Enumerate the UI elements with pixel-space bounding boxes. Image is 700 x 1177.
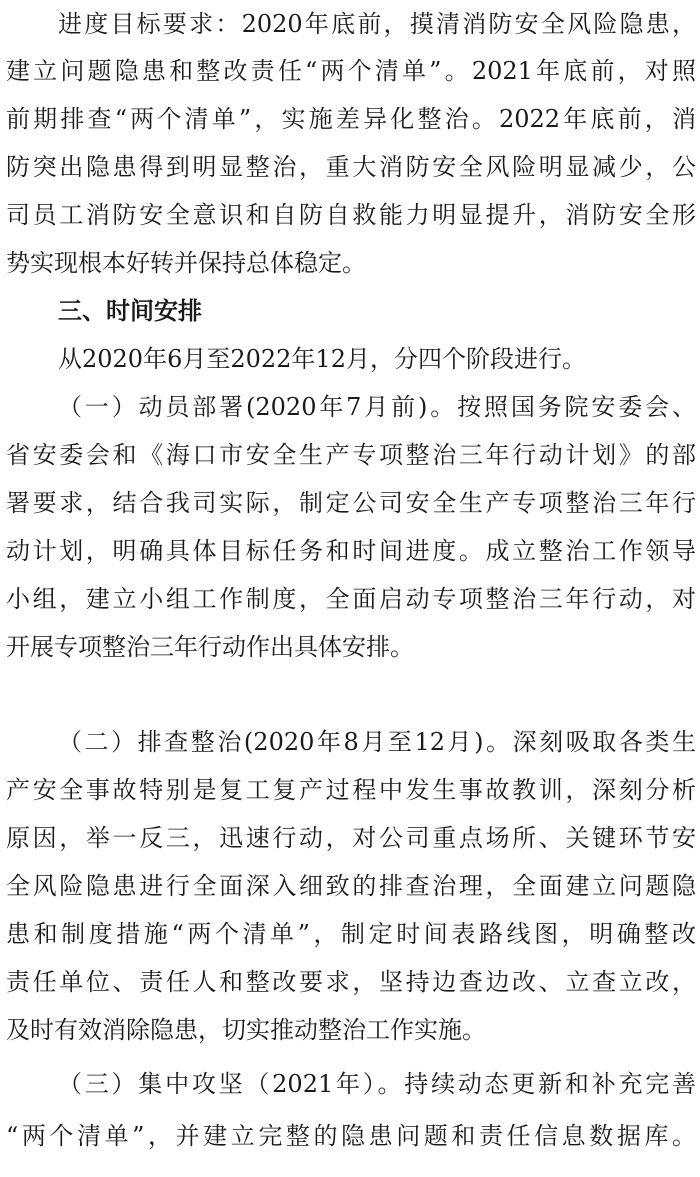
paragraph-phase-1-line-6: 开展专项整治三年行动作出具体安排。 [6,623,696,671]
paragraph-phase-1-line-5: 小组，建立小组工作制度，全面启动专项整治三年行动，对 [6,575,696,623]
paragraph-progress-goals-line-5: 司员工消防安全意识和自防自救能力明显提升，消防安全形 [6,191,696,239]
paragraph-phase-1-line-3: 署要求，结合我司实际，制定公司安全生产专项整治三年行 [6,479,696,527]
paragraph-progress-goals-line-2: 建立问题隐患和整改责任“两个清单”。2021年底前，对照 [6,47,696,95]
paragraph-phase-2-line-5: 患和制度措施“两个清单”，制定时间表路线图，明确整改 [6,910,696,958]
paragraph-phase-1-line-2: 省安委会和《海口市安全生产专项整治三年行动计划》的部 [6,431,696,479]
paragraph-phase-2-line-2: 产安全事故特别是复工复产过程中发生事故教训，深刻分析 [6,766,696,814]
paragraph-phase-2-line-3: 原因，举一反三，迅速行动，对公司重点场所、关键环节安 [6,814,696,862]
paragraph-schedule-intro: 从2020年6月至2022年12月，分四个阶段进行。 [58,335,696,383]
paragraph-phase-3-line-1: （三）集中攻坚（2021年）。持续动态更新和补充完善 [58,1060,696,1108]
paragraph-progress-goals-line-1: 进度目标要求：2020年底前，摸清消防安全风险隐患， [58,0,696,48]
paragraph-phase-3-line-2: “两个清单”，并建立完整的隐患问题和责任信息数据库。 [6,1112,696,1160]
section-heading-time-schedule: 三、时间安排 [58,287,696,335]
paragraph-phase-1-line-4: 动计划，明确具体目标任务和时间进度。成立整治工作领导 [6,527,696,575]
paragraph-phase-2-line-6: 责任单位、责任人和整改要求，坚持边查边改、立查立改， [6,958,696,1006]
paragraph-phase-2-line-4: 全风险隐患进行全面深入细致的排查治理，全面建立问题隐 [6,862,696,910]
paragraph-progress-goals-line-3: 前期排查“两个清单”，实施差异化整治。2022年底前，消 [6,95,696,143]
paragraph-phase-2-line-1: （二）排查整治(2020年8月至12月)。深刻吸取各类生 [58,718,696,766]
paragraph-progress-goals-line-6: 势实现根本好转并保持总体稳定。 [6,239,696,287]
paragraph-phase-1-line-1: （一）动员部署(2020年7月前)。按照国务院安委会、 [58,383,696,431]
paragraph-progress-goals-line-4: 防突出隐患得到明显整治，重大消防安全风险明显减少，公 [6,143,696,191]
paragraph-phase-2-line-7: 及时有效消除隐患，切实推动整治工作实施。 [6,1006,696,1054]
